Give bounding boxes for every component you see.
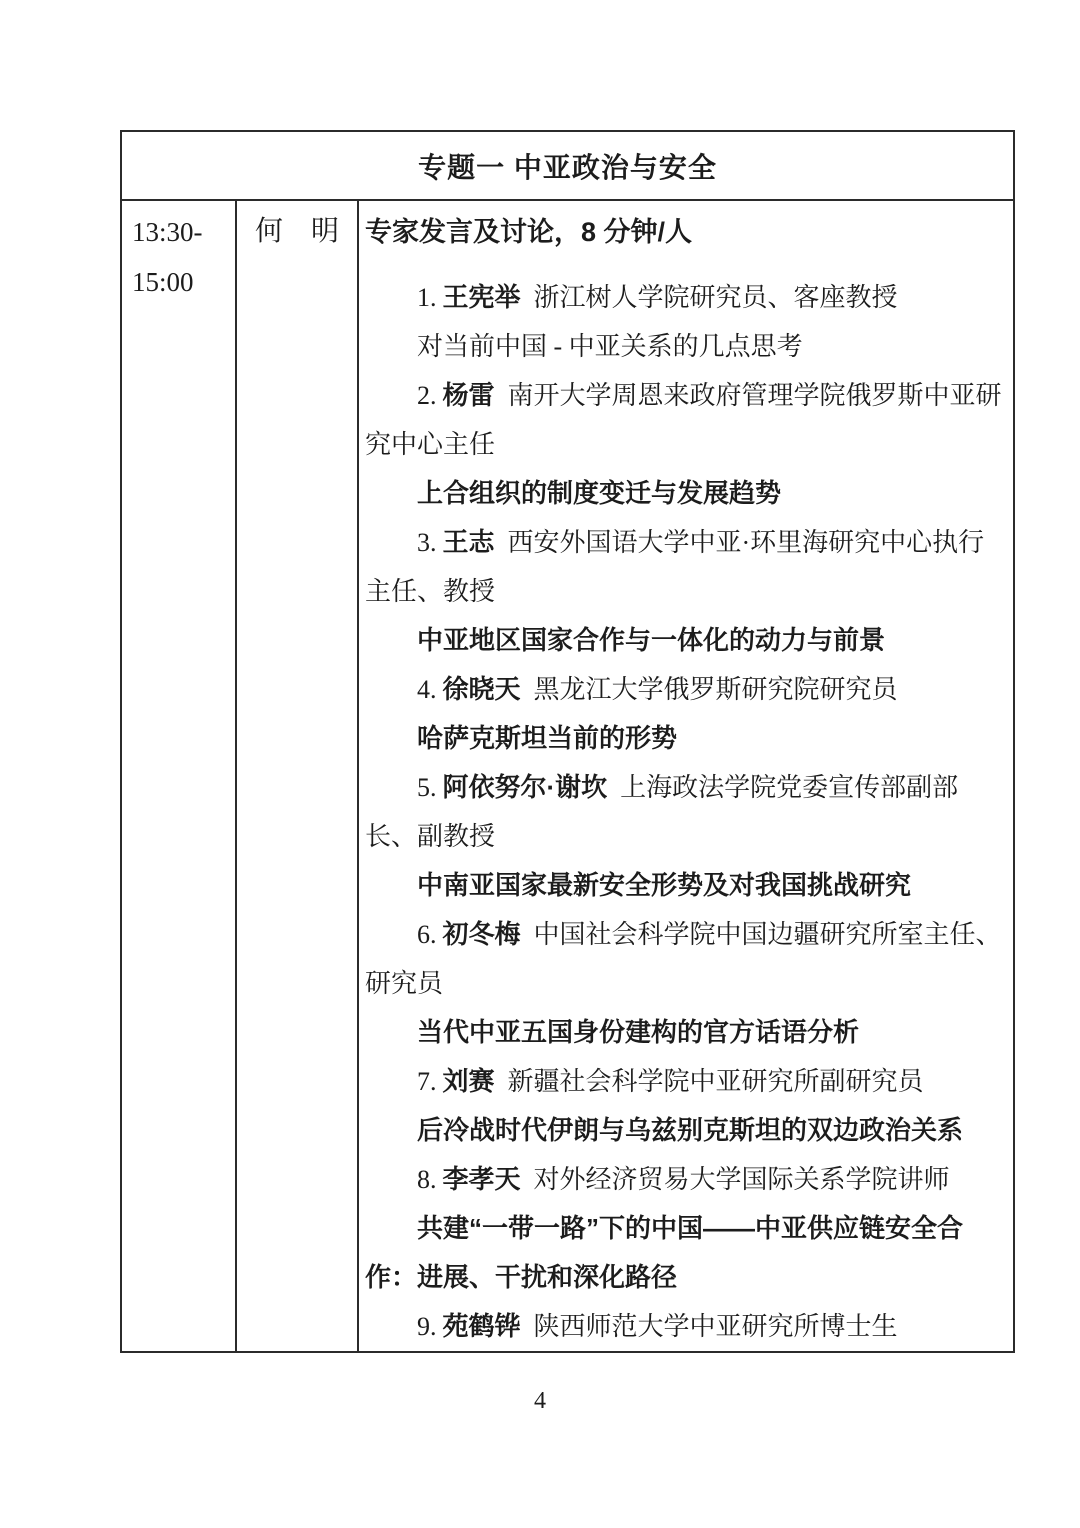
speaker-number: 9. bbox=[417, 1312, 437, 1341]
speaker-name: 初冬梅 bbox=[443, 919, 521, 949]
talk-title: 对当前中国 - 中亚关系的几点思考 bbox=[365, 322, 1005, 371]
speaker-number: 6. bbox=[417, 920, 437, 949]
speaker-name: 苑鹤铧 bbox=[443, 1311, 521, 1341]
speaker-line: 9.苑鹤铧陕西师范大学中亚研究所博士生 bbox=[365, 1302, 1005, 1351]
speaker-number: 7. bbox=[417, 1067, 437, 1096]
speaker-number: 4. bbox=[417, 675, 437, 704]
talk-title: 后冷战时代伊朗与乌兹别克斯坦的双边政治关系 bbox=[365, 1106, 1005, 1155]
talk-title: 上合组织的制度变迁与发展趋势 bbox=[365, 469, 1005, 518]
time-cell: 13:30- 15:00 bbox=[121, 200, 236, 1352]
time-start: 13:30- bbox=[132, 207, 233, 257]
speaker-affiliation: 新疆社会科学院中亚研究所副研究员 bbox=[508, 1067, 924, 1096]
talk-title: 哈萨克斯坦当前的形势 bbox=[365, 714, 1005, 763]
page-number: 4 bbox=[0, 1388, 1080, 1415]
speaker-line: 8.李孝天对外经济贸易大学国际关系学院讲师 bbox=[365, 1155, 1005, 1204]
speaker-affiliation: 对外经济贸易大学国际关系学院讲师 bbox=[534, 1165, 950, 1194]
content-cell: 专家发言及讨论，8 分钟/人 1.王宪举浙江树人学院研究员、客座教授对当前中国 … bbox=[358, 200, 1014, 1352]
speaker-affiliation: 浙江树人学院研究员、客座教授 bbox=[534, 283, 898, 312]
speaker-name: 李孝天 bbox=[443, 1164, 521, 1194]
chair-cell: 何 明 bbox=[236, 200, 358, 1352]
speaker-name: 王宪举 bbox=[443, 282, 521, 312]
time-end: 15:00 bbox=[132, 257, 233, 307]
speaker-affiliation: 陕西师范大学中亚研究所博士生 bbox=[534, 1312, 898, 1341]
session-title: 专题一 中亚政治与安全 bbox=[418, 152, 717, 183]
speaker-line: 6.初冬梅中国社会科学院中国边疆研究所室主任、研究员 bbox=[365, 910, 1005, 1008]
speaker-number: 8. bbox=[417, 1165, 437, 1194]
chair-name: 何 明 bbox=[255, 216, 339, 247]
speaker-number: 5. bbox=[417, 773, 437, 802]
session-title-cell: 专题一 中亚政治与安全 bbox=[121, 131, 1014, 200]
speaker-line: 3.王志西安外国语大学中亚·环里海研究中心执行主任、教授 bbox=[365, 518, 1005, 616]
speaker-line: 5.阿依努尔·谢坎上海政法学院党委宣传部副部长、副教授 bbox=[365, 763, 1005, 861]
speaker-number: 3. bbox=[417, 528, 437, 557]
speaker-line: 4.徐晓天黑龙江大学俄罗斯研究院研究员 bbox=[365, 665, 1005, 714]
talk-title: 中南亚国家最新安全形势及对我国挑战研究 bbox=[365, 861, 1005, 910]
speaker-affiliation: 黑龙江大学俄罗斯研究院研究员 bbox=[534, 675, 898, 704]
speaker-list: 1.王宪举浙江树人学院研究员、客座教授对当前中国 - 中亚关系的几点思考2.杨雷… bbox=[365, 273, 1005, 1351]
speaker-number: 2. bbox=[417, 381, 437, 410]
speaker-line: 7.刘赛新疆社会科学院中亚研究所副研究员 bbox=[365, 1057, 1005, 1106]
session-format-heading: 专家发言及讨论，8 分钟/人 bbox=[365, 208, 1005, 257]
talk-title: 共建“一带一路”下的中国——中亚供应链安全合作：进展、干扰和深化路径 bbox=[365, 1204, 1005, 1302]
speaker-line: 2.杨雷南开大学周恩来政府管理学院俄罗斯中亚研究中心主任 bbox=[365, 371, 1005, 469]
speaker-name: 杨雷 bbox=[443, 380, 495, 410]
speaker-name: 阿依努尔·谢坎 bbox=[443, 772, 608, 802]
program-session-table: 专题一 中亚政治与安全 13:30- 15:00 何 明 专家发言及讨论，8 分… bbox=[120, 130, 1015, 1353]
document-page: 专题一 中亚政治与安全 13:30- 15:00 何 明 专家发言及讨论，8 分… bbox=[0, 0, 1080, 1528]
speaker-number: 1. bbox=[417, 283, 437, 312]
speaker-name: 王志 bbox=[443, 527, 495, 557]
speaker-line: 1.王宪举浙江树人学院研究员、客座教授 bbox=[365, 273, 1005, 322]
speaker-name: 刘赛 bbox=[443, 1066, 495, 1096]
speaker-name: 徐晓天 bbox=[443, 674, 521, 704]
talk-title: 当代中亚五国身份建构的官方话语分析 bbox=[365, 1008, 1005, 1057]
talk-title: 中亚地区国家合作与一体化的动力与前景 bbox=[365, 616, 1005, 665]
